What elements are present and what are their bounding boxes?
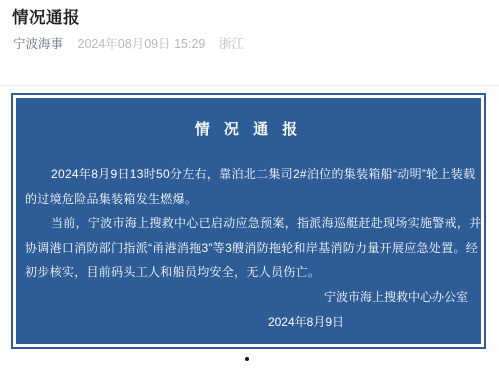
publish-time: 2024年08月09日 15:29: [78, 37, 206, 51]
article-page: 情况通报 宁波海事 2024年08月09日 15:29 浙江 情 况 通 报 2…: [0, 0, 499, 369]
notice-line: 当前，宁波市海上搜救中心已启动应急预案，指派海巡艇赶赴现场实施警戒，并: [25, 211, 472, 236]
notice-line: 的过境危险品集装箱发生燃爆。: [25, 187, 472, 212]
byline: 宁波海事 2024年08月09日 15:29 浙江: [13, 37, 244, 52]
page-title: 情况通报: [12, 4, 80, 28]
notice-image[interactable]: 情 况 通 报 2024年8月9日13时50分左右，靠泊北二集司2#泊位的集装箱…: [11, 93, 486, 349]
carousel-dot-icon: [245, 357, 249, 361]
notice-body: 2024年8月9日13时50分左右，靠泊北二集司2#泊位的集装箱船“动明”轮上装…: [25, 162, 472, 285]
author-link[interactable]: 宁波海事: [13, 37, 63, 51]
notice-date: 2024年8月9日: [25, 310, 472, 335]
notice-line: 2024年8月9日13时50分左右，靠泊北二集司2#泊位的集装箱船“动明”轮上装…: [25, 162, 472, 187]
notice-title: 情 况 通 报: [25, 120, 472, 140]
publish-region: 浙江: [219, 37, 244, 51]
notice-body-panel: 情 况 通 报 2024年8月9日13时50分左右，靠泊北二集司2#泊位的集装箱…: [16, 98, 481, 344]
notice-line: 初步核实，目前码头工人和船员均安全，无人员伤亡。: [25, 260, 472, 285]
notice-line: 协调港口消防部门指派“甬港消拖3”等3艘消防拖轮和岸基消防力量开展应急处置。经: [25, 236, 472, 261]
notice-signoff: 宁波市海上搜救中心办公室: [25, 285, 472, 310]
header-divider: [0, 85, 499, 86]
